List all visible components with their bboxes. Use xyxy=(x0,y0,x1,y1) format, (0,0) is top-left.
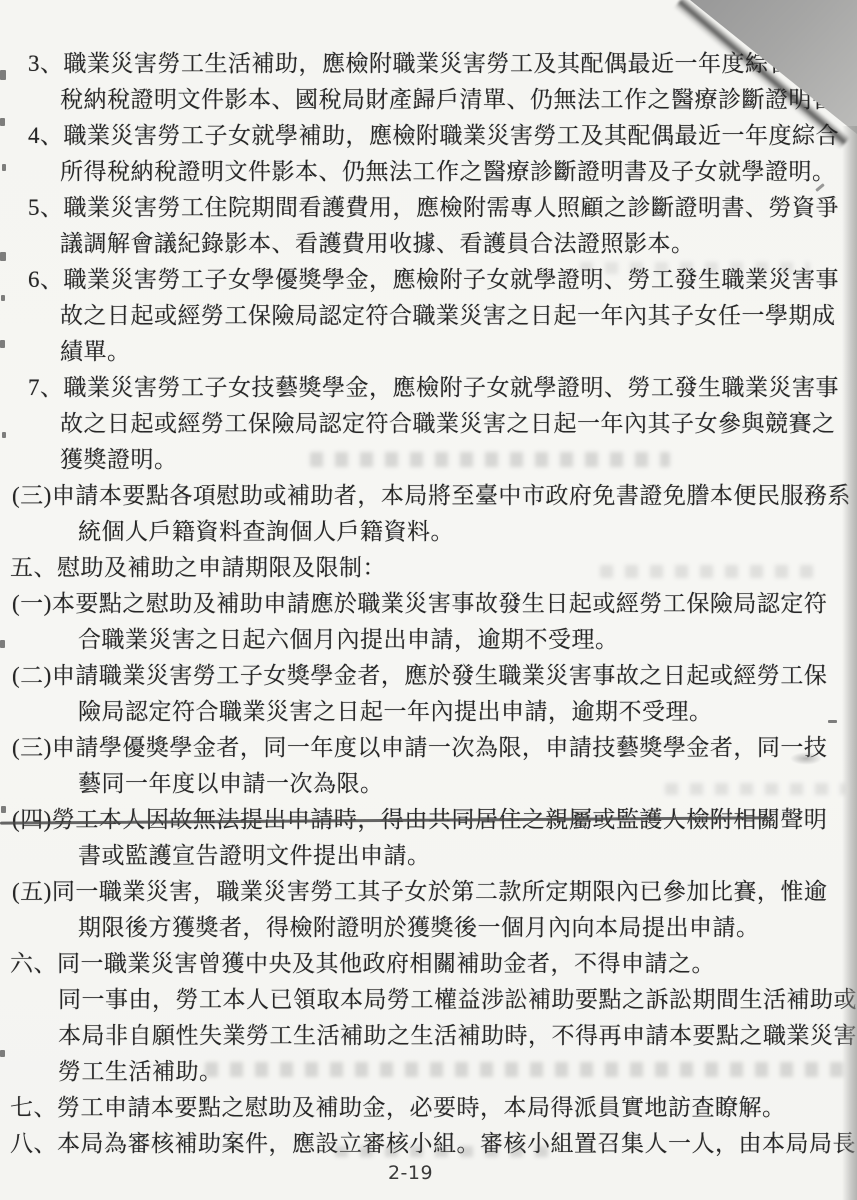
scan-speck xyxy=(1,295,5,301)
text-line: (四)勞工本人因故無法提出申請時，得由共同居住之親屬或監護人檢附相關聲明 xyxy=(0,802,857,838)
text-line: (五)同一職業災害，職業災害勞工其子女於第二款所定期限內已參加比賽，惟逾 xyxy=(0,874,857,910)
text-line: (三)申請學優獎學金者，同一年度以申請一次為限，申請技藝獎學金者，同一技 xyxy=(0,730,857,766)
scan-speck xyxy=(0,340,5,348)
text-line: (一)本要點之慰助及補助申請應於職業災害事故發生日起或經勞工保險局認定符 xyxy=(0,586,857,622)
text-line: 故之日起或經勞工保險局認定符合職業災害之日起一年內其子女參與競賽之 xyxy=(0,406,857,442)
scan-speck xyxy=(2,432,6,438)
text-line: 合職業災害之日起六個月內提出申請，逾期不受理。 xyxy=(0,622,857,658)
bleed-through-artifact xyxy=(600,565,825,578)
scan-speck xyxy=(2,164,6,171)
text-line: 險局認定符合職業災害之日起一年內提出申請，逾期不受理。 xyxy=(0,694,857,730)
text-line: 七、勞工申請本要點之慰助及補助金，必要時，本局得派員實地訪查瞭解。 xyxy=(0,1090,857,1126)
bleed-through-artifact xyxy=(335,1146,550,1157)
scan-edge-shadow xyxy=(842,126,857,1200)
text-line: 7、職業災害勞工子女技藝獎學金，應檢附子女就學證明、勞工發生職業災害事 xyxy=(0,370,857,406)
bleed-through-artifact xyxy=(665,783,845,795)
scan-speck xyxy=(0,1050,5,1057)
text-line: 5、職業災害勞工住院期間看護費用，應檢附需專人照顧之診斷證明書、勞資爭 xyxy=(0,190,857,226)
text-line: 稅納稅證明文件影本、國稅局財產歸戶清單、仍無法工作之醫療診斷證明書。 xyxy=(0,82,857,118)
text-line: 本局非自願性失業勞工生活補助之生活補助時，不得再申請本要點之職業災害 xyxy=(0,1018,857,1054)
document-body: 3、職業災害勞工生活補助，應檢附職業災害勞工及其配偶最近一年度綜合所得稅納稅證明… xyxy=(0,46,857,1162)
scan-smudge xyxy=(790,752,822,765)
page-number: 2-19 xyxy=(0,1162,821,1184)
scan-speck xyxy=(0,70,6,80)
text-line: 期限後方獲獎者，得檢附證明於獲獎後一個月內向本局提出申請。 xyxy=(0,910,857,946)
scan-speck xyxy=(0,118,5,126)
text-line: 4、職業災害勞工子女就學補助，應檢附職業災害勞工及其配偶最近一年度綜合 xyxy=(0,118,857,154)
text-line: (三)申請本要點各項慰助或補助者，本局將至臺中市政府免書證免謄本便民服務系 xyxy=(0,478,857,514)
text-line: (二)申請職業災害勞工子女獎學金者，應於發生職業災害事故之日起或經勞工保 xyxy=(0,658,857,694)
scan-speck xyxy=(1,806,6,813)
bleed-through-artifact xyxy=(205,1062,850,1077)
scan-speck xyxy=(0,640,5,648)
text-line: 六、同一職業災害曾獲中央及其他政府相關補助金者，不得申請之。 xyxy=(0,946,857,982)
text-line: 故之日起或經勞工保險局認定符合職業災害之日起一年內其子女任一學期成 xyxy=(0,298,857,334)
pen-mark xyxy=(828,720,837,723)
scanned-document-page: 3、職業災害勞工生活補助，應檢附職業災害勞工及其配偶最近一年度綜合所得稅納稅證明… xyxy=(0,0,857,1200)
bleed-through-artifact xyxy=(310,452,670,467)
text-line: 同一事由，勞工本人已領取本局勞工權益涉訟補助要點之訴訟期間生活補助或 xyxy=(0,982,857,1018)
text-line: 所得稅納稅證明文件影本、仍無法工作之醫療診斷證明書及子女就學證明。 xyxy=(0,154,857,190)
text-line: 績單。 xyxy=(0,334,857,370)
text-line: 統個人戶籍資料查詢個人戶籍資料。 xyxy=(0,514,857,550)
scan-speck xyxy=(0,252,6,261)
text-line: 議調解會議紀錄影本、看護費用收據、看護員合法證照影本。 xyxy=(0,226,857,262)
text-line: 書或監護宣告證明文件提出申請。 xyxy=(0,838,857,874)
bleed-through-artifact xyxy=(580,262,810,274)
